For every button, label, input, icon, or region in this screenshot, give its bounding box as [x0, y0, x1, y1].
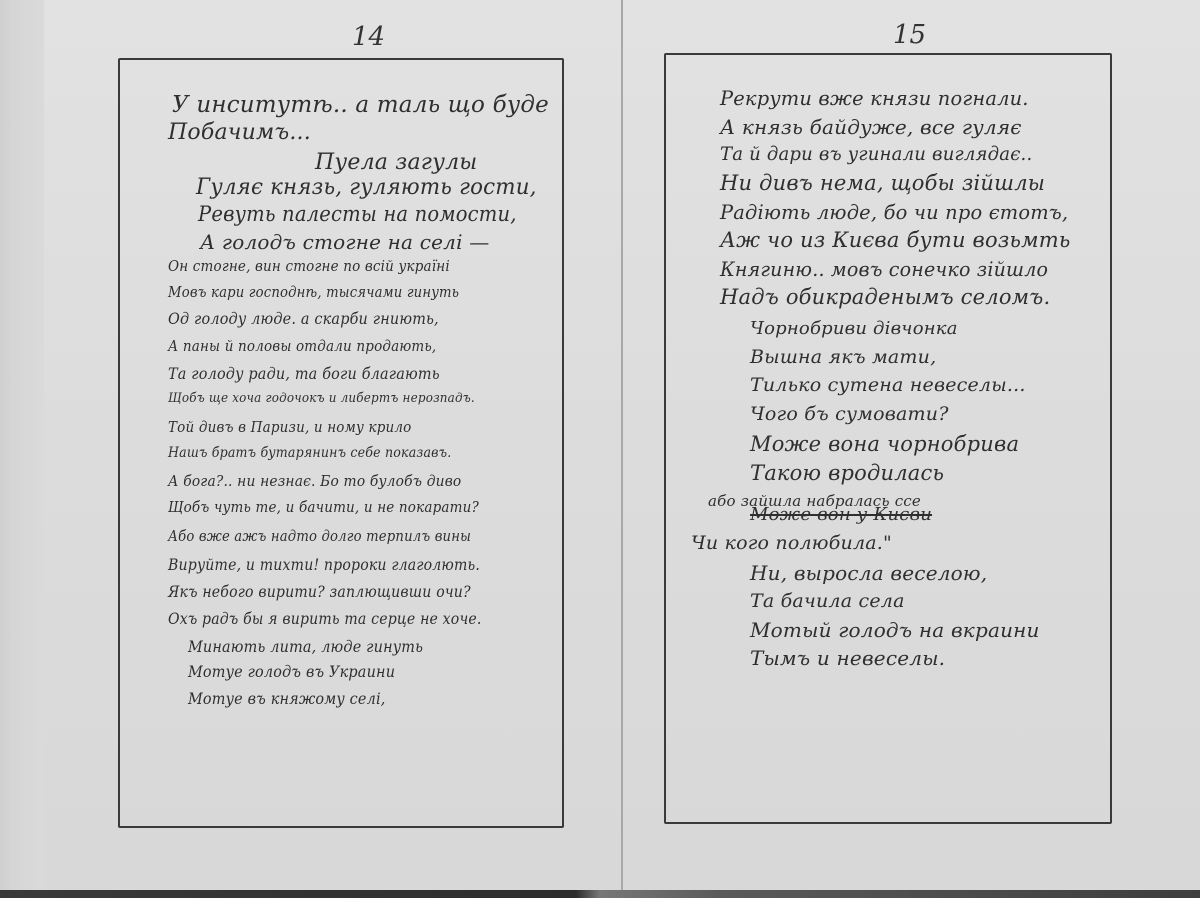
- page-number-14: 14: [352, 22, 385, 52]
- manuscript-line: Щобъ чуть те, и бачити, и не покарати?: [168, 498, 479, 516]
- manuscript-line: Мовъ кари господнѣ, тысячами гинуть: [168, 283, 459, 301]
- manuscript-line: Та бачила села: [750, 590, 905, 612]
- book-bottom-edge: [0, 890, 1200, 898]
- manuscript-line: А бога?.. ни незнає. Бо то булобъ диво: [168, 472, 461, 490]
- page-number-15: 15: [893, 20, 926, 50]
- manuscript-line: Може вона чорнобрива: [750, 432, 1019, 456]
- manuscript-line: Мотый голодъ на вкраини: [750, 618, 1040, 642]
- manuscript-line: А паны й половы отдали продають,: [168, 337, 436, 355]
- manuscript-line: Минають лита, люде гинуть: [188, 637, 423, 656]
- manuscript-line: Тымъ и невеселы.: [750, 646, 945, 670]
- manuscript-line: У инситутѣ.. а таль що буде: [172, 92, 549, 118]
- manuscript-line: А голодъ стогне на селі —: [200, 230, 489, 254]
- manuscript-line: Ни, выросла веселою,: [750, 561, 987, 585]
- poem-title: Пуела загулы: [315, 150, 477, 175]
- manuscript-line: Мотуе голодъ въ Украини: [188, 662, 395, 681]
- manuscript-line: Той дивъ в Паризи, и ному крило: [168, 418, 411, 436]
- manuscript-line: Ревуть палесты на помости,: [198, 202, 517, 226]
- manuscript-line: Надъ обикраденымъ селомъ.: [720, 285, 1050, 309]
- manuscript-line: Он стогне, вин стогне по всій україні: [168, 257, 450, 275]
- manuscript-line: Вируйте, и тихти! пророки глаголють.: [168, 555, 480, 574]
- manuscript-line: Та й дари въ угинали виглядає..: [720, 143, 1032, 165]
- manuscript-line: Рекрути вже князи погнали.: [720, 86, 1029, 110]
- right-page: 15 Рекрути вже князи погнали. А князь ба…: [623, 0, 1200, 890]
- manuscript-line: Або вже ажъ надто долго терпилъ вины: [168, 527, 471, 545]
- manuscript-line: Щобъ ще хоча годочокъ и либертъ нерозпад…: [168, 391, 475, 406]
- manuscript-line: Чи кого полюбила.": [691, 532, 892, 554]
- manuscript-line: Якъ небого вирити? заплющивши очи?: [168, 582, 471, 601]
- manuscript-line: Ни дивъ нема, щобы зійшлы: [720, 171, 1045, 195]
- manuscript-line: Аж чо из Києва бути возьмть: [720, 228, 1070, 252]
- manuscript-line: Такою вродилась: [750, 461, 944, 485]
- book-spread: 14 У инситутѣ.. а таль що буде Побачимъ.…: [0, 0, 1200, 898]
- manuscript-line: Од голоду люде. а скарби гниють,: [168, 309, 439, 328]
- manuscript-line: Мотуе въ княжому селі,: [188, 689, 386, 708]
- manuscript-line: Княгиню.. мовъ сонечко зійшло: [720, 257, 1048, 281]
- manuscript-line: А князь байдуже, все гуляє: [720, 115, 1022, 139]
- manuscript-line: Вышна якъ мати,: [750, 346, 936, 368]
- manuscript-line: Нашъ братъ бутарянинъ себе показавъ.: [168, 445, 451, 461]
- manuscript-line: Чого бъ сумовати?: [750, 403, 949, 425]
- manuscript-line: Гуляє князь, гуляють гости,: [196, 175, 537, 200]
- crossed-out-line: Може вон у Києви: [750, 504, 932, 525]
- left-page: 14 У инситутѣ.. а таль що буде Побачимъ.…: [0, 0, 622, 890]
- manuscript-line: Та голоду ради, та боги благають: [168, 364, 440, 383]
- manuscript-line: Охъ радъ бы я вирить та серце не хоче.: [168, 609, 482, 628]
- manuscript-line: Чорнобриви дівчонка: [750, 318, 958, 339]
- manuscript-line: Побачимъ...: [168, 120, 311, 145]
- manuscript-line: Радіють люде, бо чи про єтотъ,: [720, 200, 1068, 224]
- manuscript-line: Тилько сутена невеселы...: [750, 374, 1026, 396]
